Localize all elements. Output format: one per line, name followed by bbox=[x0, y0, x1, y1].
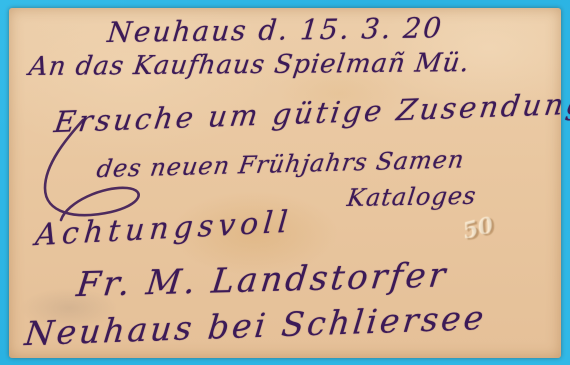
embossed-50-mark: 50 bbox=[461, 213, 497, 246]
postcard: Neuhaus d. 15. 3. 20 An das Kaufhaus Spi… bbox=[9, 8, 561, 358]
ink-flourish-stroke bbox=[37, 118, 162, 233]
handwritten-address-line: An das Kaufhaus Spielmañ Mü. bbox=[27, 48, 472, 82]
handwritten-signature: Fr. M. Landstorfer bbox=[74, 255, 450, 305]
handwritten-catalog-word: Kataloges bbox=[346, 182, 479, 212]
postcard-border: Neuhaus d. 15. 3. 20 An das Kaufhaus Spi… bbox=[0, 0, 570, 365]
handwritten-place-line: Neuhaus bei Schliersee bbox=[23, 298, 489, 353]
handwritten-dateline: Neuhaus d. 15. 3. 20 bbox=[106, 11, 445, 49]
